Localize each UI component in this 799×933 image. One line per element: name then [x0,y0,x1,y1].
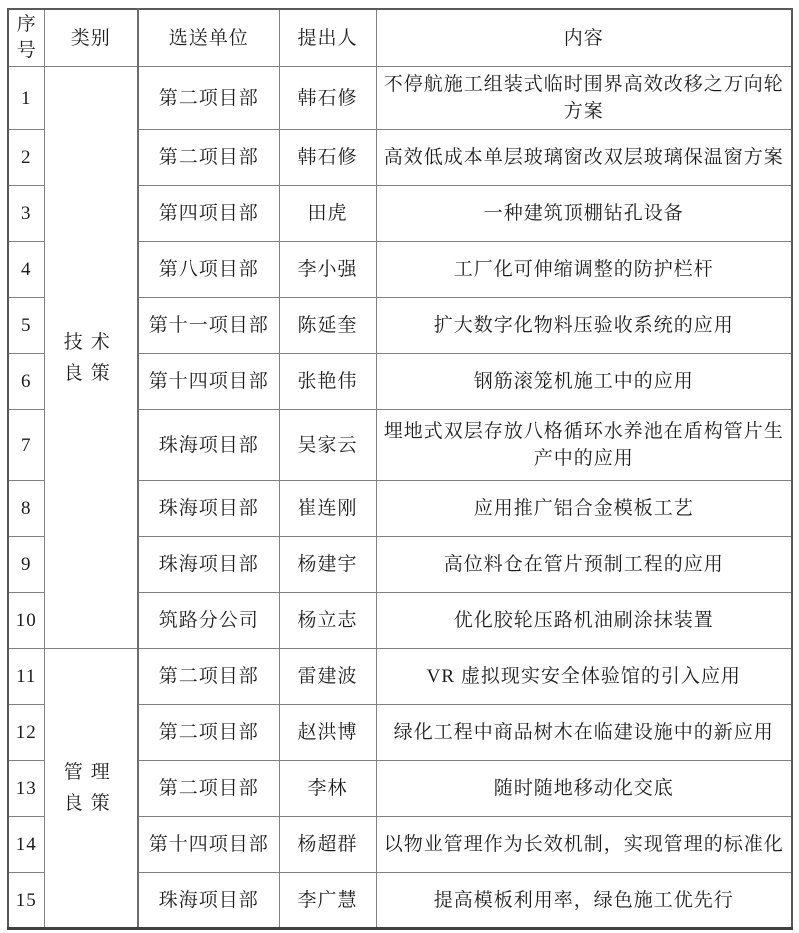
cell-no: 1 [8,67,44,130]
cell-unit: 筑路分公司 [138,593,279,649]
cell-proposer: 崔连刚 [279,481,376,537]
cell-content: 绿化工程中商品树木在临建设施中的新应用 [376,705,792,761]
cell-content: 以物业管理作为长效机制，实现管理的标准化 [376,817,792,873]
cell-unit: 第十四项目部 [138,817,279,873]
cell-content: 扩大数字化物料压验收系统的应用 [376,298,792,354]
header-no: 序号 [8,9,44,67]
cell-content: 高位料仓在管片预制工程的应用 [376,537,792,593]
cell-proposer: 陈延奎 [279,298,376,354]
cell-proposer: 杨立志 [279,593,376,649]
cell-no: 3 [8,186,44,242]
cell-no: 13 [8,761,44,817]
cell-no: 11 [8,649,44,705]
category-cell-management: 管理良策 [44,649,138,929]
cell-content: 提高模板利用率，绿色施工优先行 [376,873,792,929]
cell-no: 15 [8,873,44,929]
cell-content: 随时随地移动化交底 [376,761,792,817]
cell-content: 一种建筑顶棚钻孔设备 [376,186,792,242]
cell-proposer: 杨超群 [279,817,376,873]
cell-unit: 第十一项目部 [138,298,279,354]
cell-content: 应用推广铝合金模板工艺 [376,481,792,537]
cell-proposer: 张艳伟 [279,354,376,410]
cell-content: 高效低成本单层玻璃窗改双层玻璃保温窗方案 [376,130,792,186]
cell-unit: 第八项目部 [138,242,279,298]
cell-unit: 珠海项目部 [138,873,279,929]
cell-unit: 第二项目部 [138,67,279,130]
cell-unit: 第四项目部 [138,186,279,242]
header-proposer: 提出人 [279,9,376,67]
cell-unit: 第十四项目部 [138,354,279,410]
cell-content: VR 虚拟现实安全体验馆的引入应用 [376,649,792,705]
cell-proposer: 李林 [279,761,376,817]
table-header-row: 序号 类别 选送单位 提出人 内容 [8,9,792,67]
cell-unit: 第二项目部 [138,761,279,817]
cell-unit: 珠海项目部 [138,537,279,593]
header-content: 内容 [376,9,792,67]
table-row: 11 管理良策 第二项目部 雷建波 VR 虚拟现实安全体验馆的引入应用 [8,649,792,705]
cell-content: 埋地式双层存放八格循环水养池在盾构管片生产中的应用 [376,410,792,481]
cell-proposer: 杨建宇 [279,537,376,593]
category-label: 管理良策 [62,757,120,819]
cell-proposer: 雷建波 [279,649,376,705]
cell-unit: 珠海项目部 [138,410,279,481]
cell-no: 9 [8,537,44,593]
cell-proposer: 李小强 [279,242,376,298]
cell-unit: 第二项目部 [138,705,279,761]
cell-content: 工厂化可伸缩调整的防护栏杆 [376,242,792,298]
cell-proposer: 韩石修 [279,130,376,186]
cell-proposer: 赵洪博 [279,705,376,761]
cell-no: 8 [8,481,44,537]
cell-unit: 第二项目部 [138,130,279,186]
submissions-table: 序号 类别 选送单位 提出人 内容 1 技术良策 第二项目部 韩石修 不停航施工… [7,8,793,930]
cell-unit: 珠海项目部 [138,481,279,537]
cell-proposer: 吴家云 [279,410,376,481]
cell-no: 14 [8,817,44,873]
cell-unit: 第二项目部 [138,649,279,705]
category-cell-technical: 技术良策 [44,67,138,649]
cell-proposer: 韩石修 [279,67,376,130]
table-row: 1 技术良策 第二项目部 韩石修 不停航施工组装式临时围界高效改移之万向轮方案 [8,67,792,130]
cell-proposer: 李广慧 [279,873,376,929]
cell-no: 7 [8,410,44,481]
cell-content: 钢筋滚笼机施工中的应用 [376,354,792,410]
cell-no: 6 [8,354,44,410]
cell-no: 4 [8,242,44,298]
cell-content: 优化胶轮压路机油刷涂抹装置 [376,593,792,649]
cell-no: 5 [8,298,44,354]
cell-content: 不停航施工组装式临时围界高效改移之万向轮方案 [376,67,792,130]
header-category: 类别 [44,9,138,67]
cell-no: 10 [8,593,44,649]
category-label: 技术良策 [62,327,120,389]
header-unit: 选送单位 [138,9,279,67]
cell-no: 12 [8,705,44,761]
cell-proposer: 田虎 [279,186,376,242]
cell-no: 2 [8,130,44,186]
header-no-label: 序号 [14,12,39,64]
